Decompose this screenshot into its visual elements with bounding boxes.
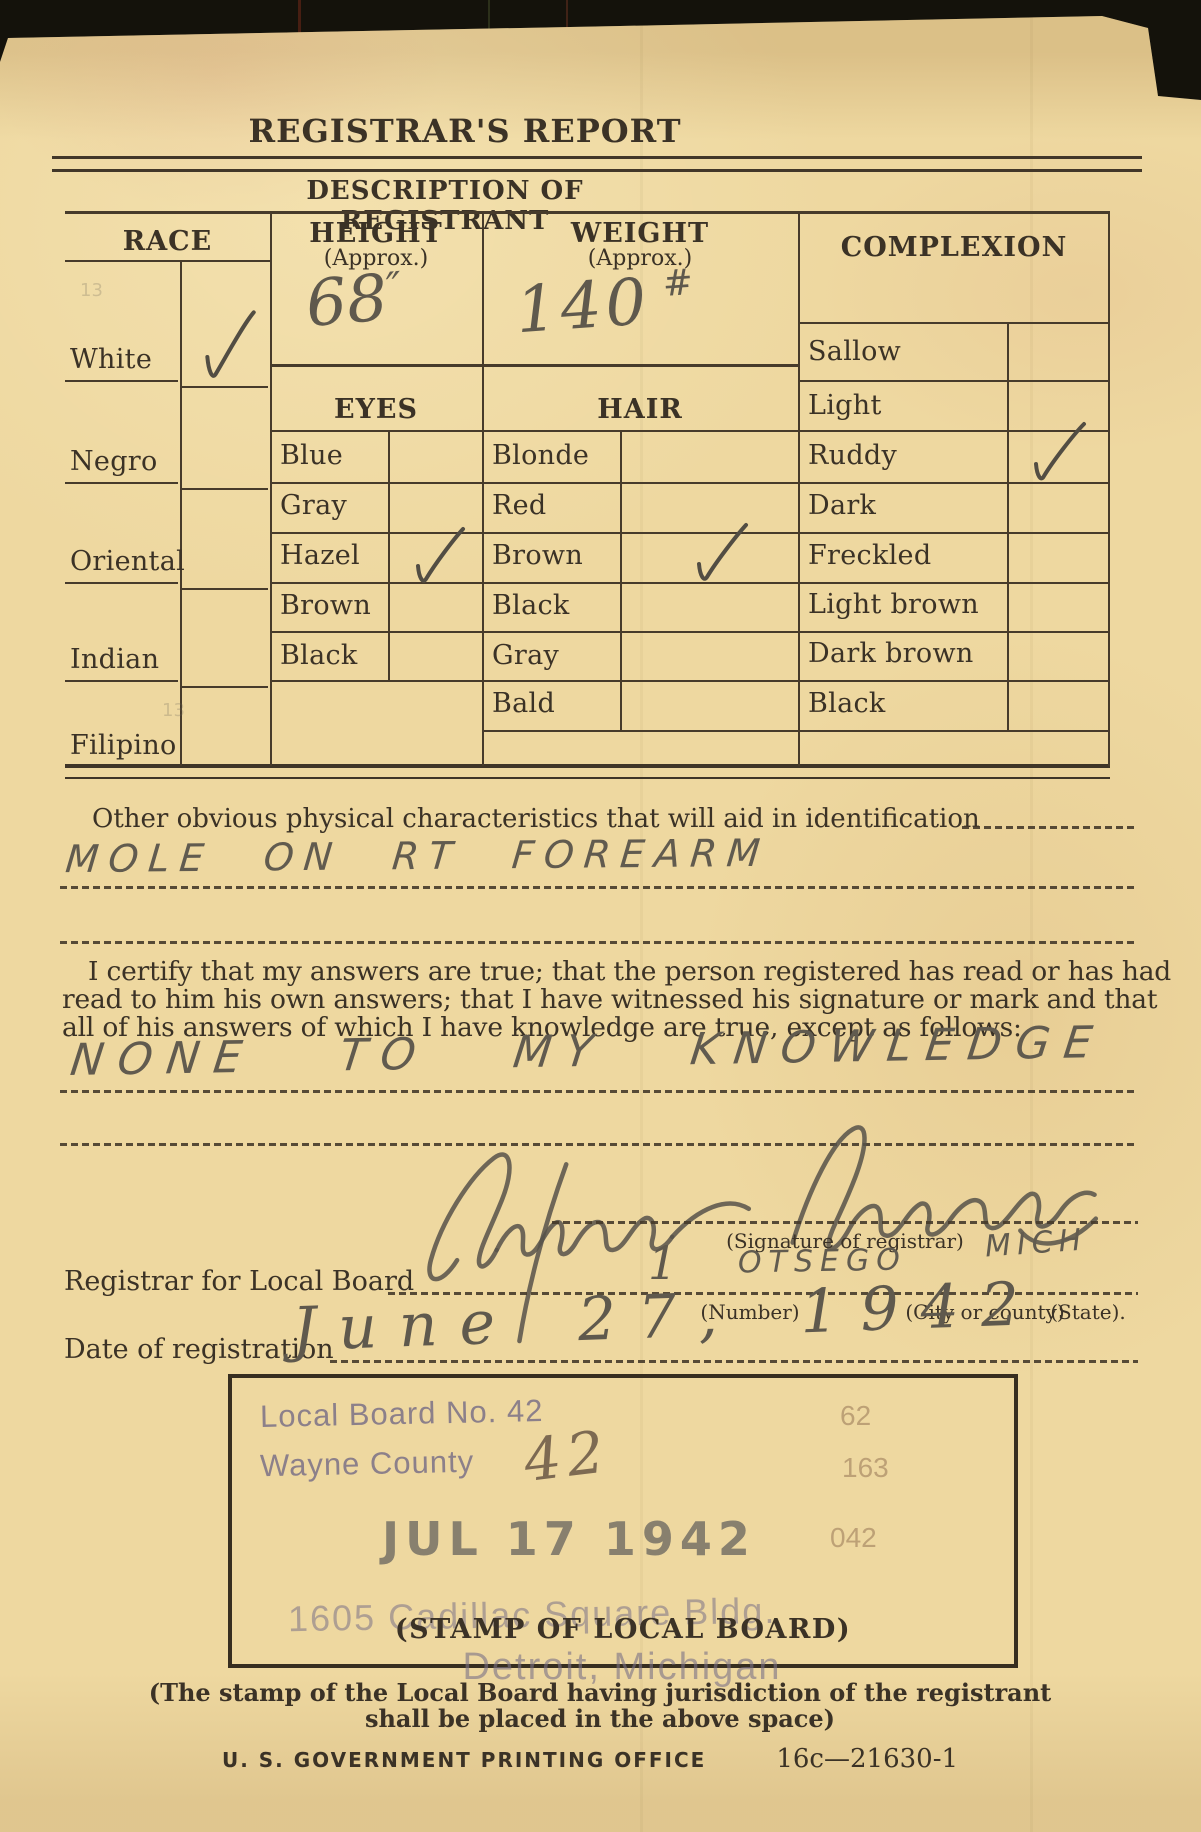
stamp-county-line: Wayne County <box>260 1444 475 1484</box>
complexion-option-ruddy: Ruddy <box>808 440 897 471</box>
hair-option-gray: Gray <box>492 640 559 671</box>
race-option-white: White <box>70 344 152 375</box>
eyes-option-brown: Brown <box>280 590 371 621</box>
grid-line <box>482 730 1110 732</box>
grid-line <box>388 430 390 680</box>
page-title: REGISTRAR'S REPORT <box>240 112 690 150</box>
grid-line <box>180 260 182 766</box>
fill-in-dashes <box>962 826 1138 829</box>
paper-crease <box>1030 0 1033 1832</box>
stamp-handwritten-number: 42 <box>520 1417 613 1495</box>
table-bottom-rule <box>65 764 1110 779</box>
grid-line <box>1007 322 1009 730</box>
stamp-faded-number: 62 <box>840 1400 871 1432</box>
hair-option-red: Red <box>492 490 547 521</box>
weight-column-header: WEIGHT <box>482 218 798 249</box>
state-caption: (State). <box>1028 1300 1148 1324</box>
paper-sheet: REGISTRAR'S REPORT DESCRIPTION OF REGIST… <box>0 0 1201 1832</box>
rule-dashed <box>60 941 1138 944</box>
grid-line <box>798 322 1110 324</box>
stamp-faded-number: 163 <box>842 1452 889 1484</box>
grid-line <box>270 430 1110 432</box>
certification-line-2: read to him his own answers; that I have… <box>62 984 1157 1015</box>
grid-line <box>270 211 272 766</box>
grid-line <box>798 380 1110 382</box>
height-value-handwriting: 68″ <box>303 260 405 342</box>
hair-option-bald: Bald <box>492 688 555 719</box>
stray-pencil-mark: 13 <box>162 700 185 721</box>
hair-brown-checkmark <box>690 522 750 586</box>
complexion-option-freckled: Freckled <box>808 540 931 571</box>
hair-column-header: HAIR <box>482 394 798 425</box>
race-column-header: RACE <box>65 226 270 257</box>
grid-line <box>182 588 268 590</box>
race-option-filipino: Filipino <box>70 730 177 761</box>
race-option-oriental: Oriental <box>70 546 185 577</box>
stamp-faded-number: 042 <box>830 1522 877 1554</box>
race-white-checkmark <box>194 304 260 385</box>
signature-line <box>552 1221 1138 1224</box>
local-board-stamp-box: Local Board No. 42 62 Wayne County 42 16… <box>228 1374 1018 1668</box>
weight-value-handwriting: 140# <box>514 262 701 349</box>
complexion-option-black: Black <box>808 688 886 719</box>
eyes-hazel-checkmark <box>408 526 468 588</box>
footer: U. S. GOVERNMENT PRINTING OFFICE 16c—216… <box>60 1744 1120 1774</box>
grid-line <box>620 430 622 730</box>
grid-line <box>65 582 178 584</box>
height-value: 68 <box>303 261 391 342</box>
stamp-box-caption: (STAMP OF LOCAL BOARD) <box>232 1614 1014 1645</box>
registration-date-line <box>330 1360 1138 1363</box>
race-option-negro: Negro <box>70 446 158 477</box>
grid-line <box>65 211 1110 214</box>
rule-dashed <box>60 1090 1138 1093</box>
grid-line <box>65 680 178 682</box>
stray-pencil-mark: 13 <box>80 280 103 301</box>
other-characteristics-handwriting: MOLE ON RT FOREARM <box>64 831 772 881</box>
grid-line <box>65 482 178 484</box>
race-option-indian: Indian <box>70 644 159 675</box>
stamp-note-line-2: shall be placed in the above space) <box>60 1704 1140 1733</box>
grid-line <box>270 631 1110 633</box>
grid-line <box>182 488 268 490</box>
rule-dashed <box>60 886 1138 889</box>
eyes-column-header: EYES <box>270 394 482 425</box>
complexion-option-dark-brown: Dark brown <box>808 638 974 669</box>
grid-line <box>798 211 800 766</box>
complexion-column-header: COMPLEXION <box>798 232 1110 263</box>
grid-line <box>65 260 270 262</box>
grid-line <box>482 211 484 766</box>
stamp-date: JUL 17 1942 <box>382 1512 756 1566</box>
eyes-option-hazel: Hazel <box>280 540 360 571</box>
complexion-option-dark: Dark <box>808 490 876 521</box>
height-column-header: HEIGHT <box>270 218 482 249</box>
stamp-board-line: Local Board No. 42 <box>260 1393 544 1435</box>
hair-option-black: Black <box>492 590 570 621</box>
title-double-rule <box>52 156 1142 172</box>
complexion-option-light-brown: Light brown <box>808 589 979 620</box>
grid-line <box>182 686 268 688</box>
form-number-text: 16c—21630-1 <box>776 1744 958 1774</box>
grid-line <box>65 380 178 382</box>
scanned-registrar-report: REGISTRAR'S REPORT DESCRIPTION OF REGIST… <box>0 0 1201 1832</box>
eyes-option-black: Black <box>280 640 358 671</box>
weight-value: 140 <box>514 265 653 348</box>
hair-option-blonde: Blonde <box>492 440 589 471</box>
grid-line <box>270 482 1110 484</box>
eyes-option-blue: Blue <box>280 440 343 471</box>
other-characteristics-label: Other obvious physical characteristics t… <box>92 804 980 834</box>
board-state-handwriting: MICH <box>984 1222 1088 1264</box>
complexion-ruddy-checkmark <box>1026 420 1088 484</box>
grid-line <box>270 364 798 367</box>
weight-unit: # <box>661 262 698 305</box>
grid-line <box>270 680 1110 682</box>
hair-option-brown: Brown <box>492 540 583 571</box>
grid-line <box>1108 211 1110 766</box>
complexion-option-light: Light <box>808 390 882 421</box>
grid-line <box>182 386 268 388</box>
certification-line-1: I certify that my answers are true; that… <box>88 956 1171 987</box>
printing-office-text: U. S. GOVERNMENT PRINTING OFFICE <box>222 1748 706 1772</box>
complexion-option-sallow: Sallow <box>808 336 901 367</box>
stamp-note-line-1: (The stamp of the Local Board having jur… <box>60 1678 1140 1707</box>
eyes-option-gray: Gray <box>280 490 347 521</box>
